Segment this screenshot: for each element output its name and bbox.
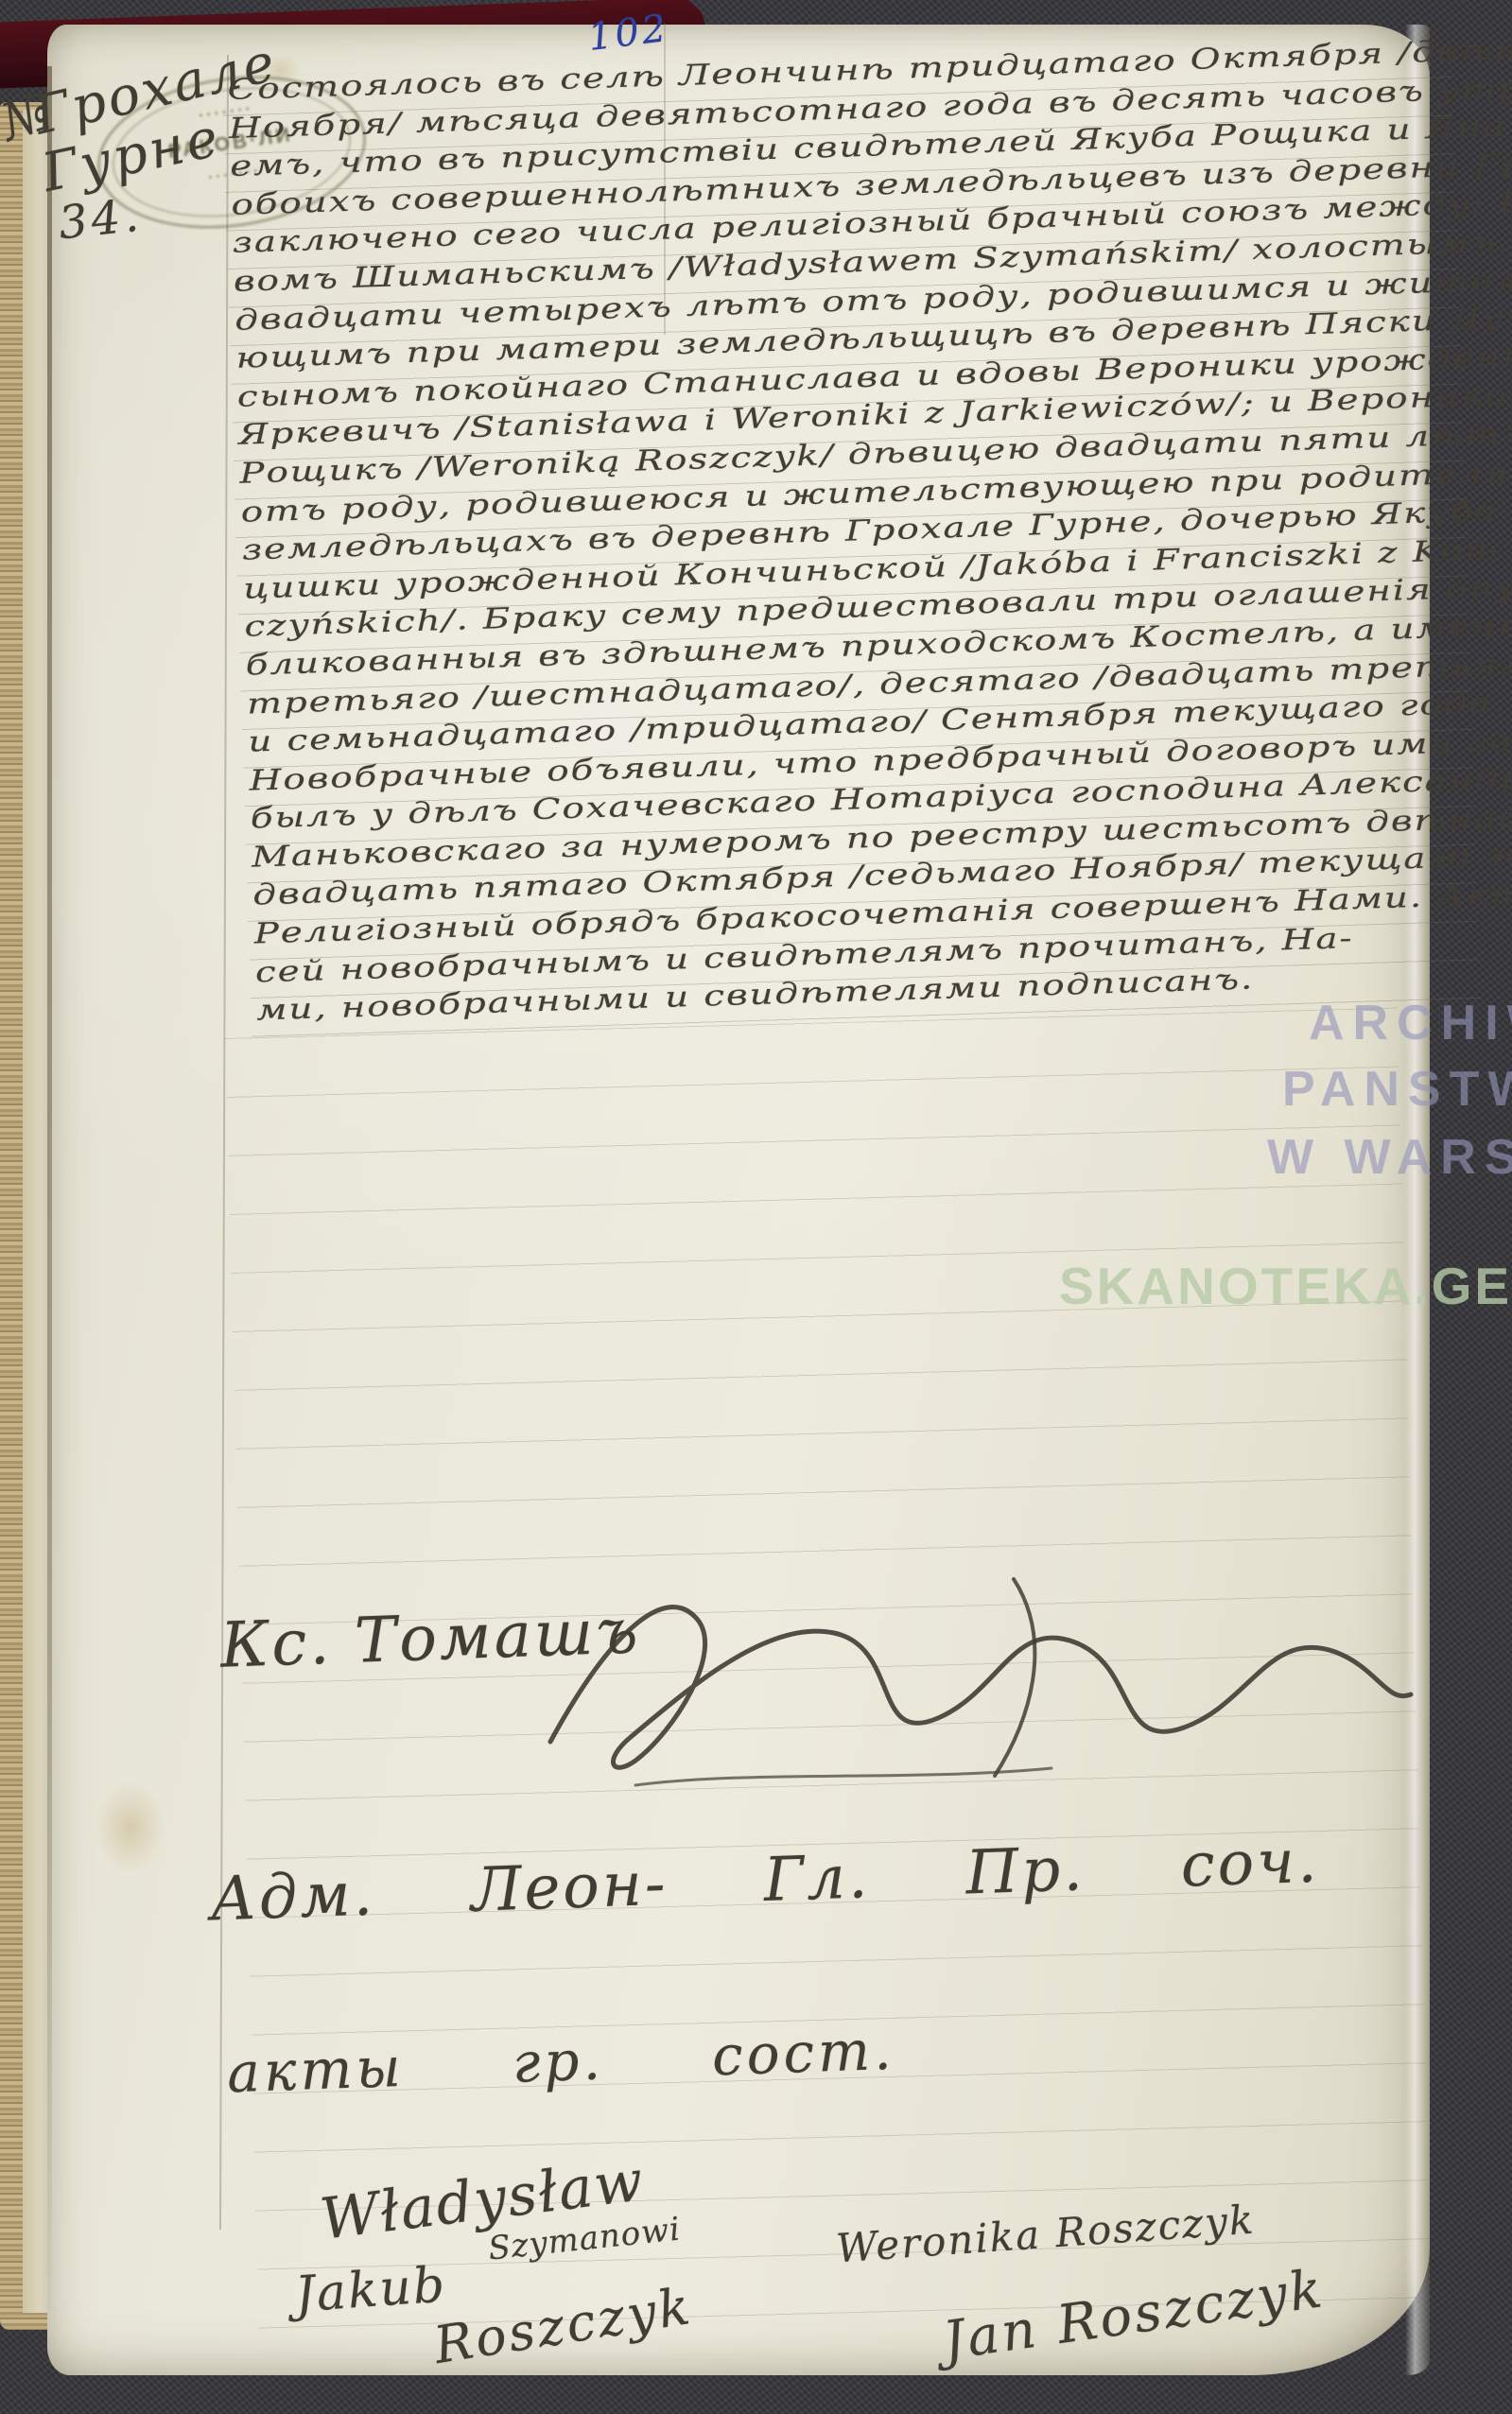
manuscript-body: Состоялось въ селѣ Леончинѣ тридцатаго О…: [227, 33, 1486, 1031]
archive-watermark-line3: W WARS: [1267, 1129, 1512, 1186]
gutter-shadow-line: [47, 66, 52, 2326]
officiant-signature-flourish: [522, 1553, 1430, 1798]
paper-stain: [83, 1766, 178, 1889]
scanned-register-page: 102 № Грохале Гурне 34. ······· РАКОВ·ЛИ…: [0, 0, 1512, 2414]
page-stack-edge: [0, 102, 51, 2330]
signature-witness1-first-name: Jakub: [293, 2256, 448, 2323]
archive-watermark-line1: ARCHIW: [1309, 995, 1512, 1051]
skanoteka-watermark: SKANOTEKA.GEN: [1059, 1256, 1512, 1316]
archive-watermark-line2: PANSTW: [1282, 1061, 1512, 1118]
